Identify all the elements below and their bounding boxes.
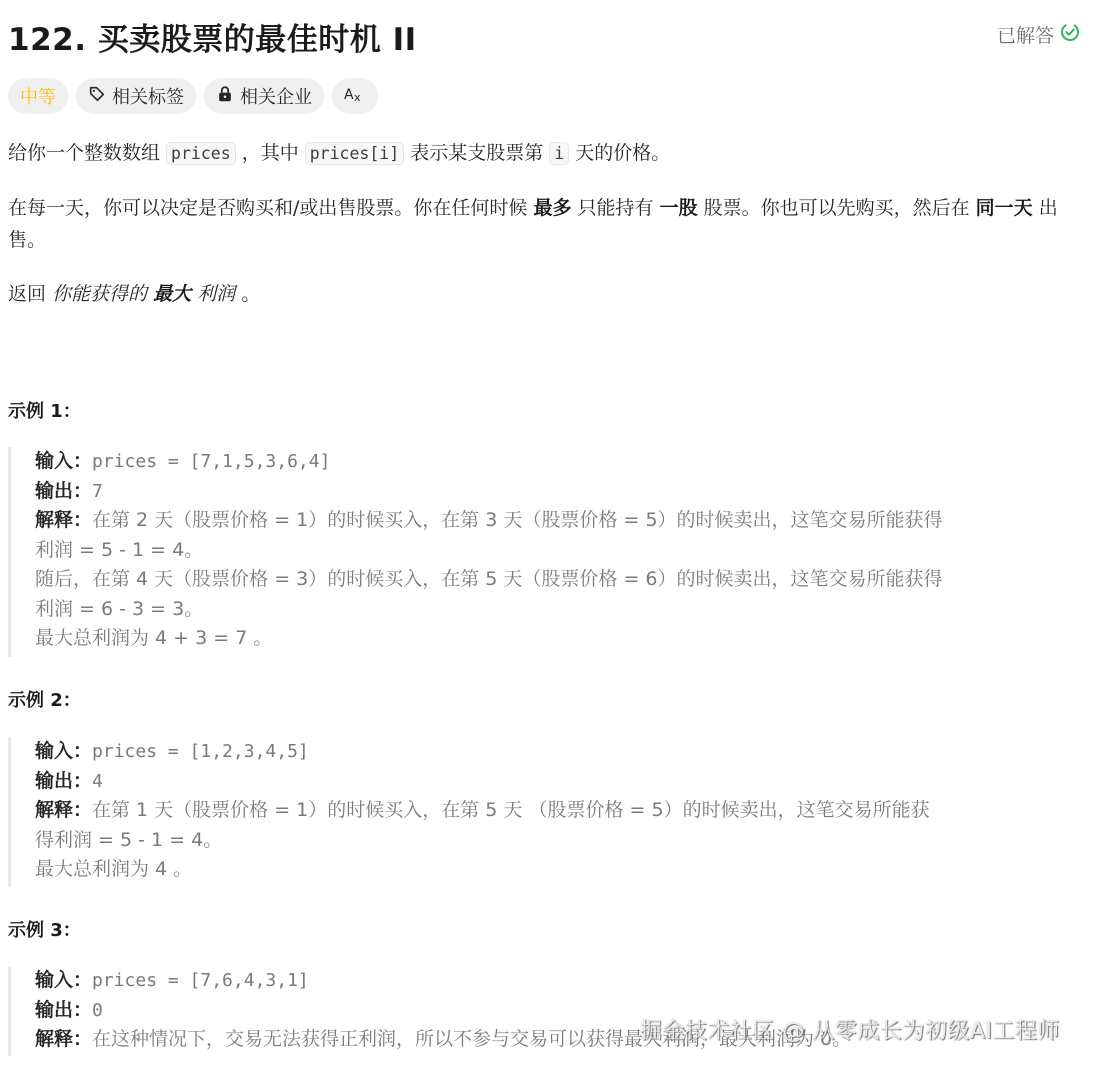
svg-text:A: A xyxy=(344,87,354,103)
example-1-explain-line: 利润 = 5 - 1 = 4。 xyxy=(35,536,1080,566)
translate-icon: Ax xyxy=(344,84,366,109)
example-1-explain-line: 随后，在第 4 天（股票价格 = 3）的时候买入，在第 5 天（股票价格 = 6… xyxy=(35,565,1080,595)
code-i: i xyxy=(549,142,569,165)
example-3-output: 0 xyxy=(92,1000,103,1021)
related-companies-button[interactable]: 相关企业 xyxy=(204,78,324,114)
tag-bar: 中等 相关标签 相关企业 Ax xyxy=(8,78,378,114)
related-companies-label: 相关企业 xyxy=(240,83,312,109)
example-1-output: 7 xyxy=(92,481,103,502)
translate-button[interactable]: Ax xyxy=(332,78,378,114)
tag-icon xyxy=(88,85,106,108)
code-prices-i: prices[i] xyxy=(305,142,404,165)
lock-icon xyxy=(216,85,234,108)
solved-label: 已解答 xyxy=(997,21,1054,48)
example-2-output: 4 xyxy=(92,771,103,792)
example-1-box: 输入：prices = [7,1,5,3,6,4] 输出：7 解释：在第 2 天… xyxy=(8,447,1080,657)
example-3-title: 示例 3： xyxy=(8,916,81,942)
example-1-explain-line: 利润 = 6 - 3 = 3。 xyxy=(35,595,1080,625)
example-1-title: 示例 1： xyxy=(8,397,81,423)
description-paragraph-3: 返回 你能获得的 最大 利润 。 xyxy=(8,278,1080,310)
problem-name: 买卖股票的最佳时机 II xyxy=(98,22,417,58)
example-2-explain-line: 最大总利润为 4 。 xyxy=(35,855,1080,885)
example-2-title: 示例 2： xyxy=(8,686,81,712)
related-tags-button[interactable]: 相关标签 xyxy=(76,78,196,114)
difficulty-label: 中等 xyxy=(20,83,56,109)
problem-number: 122. xyxy=(8,22,87,58)
problem-header: 122. 买卖股票的最佳时机 II 已解答 xyxy=(8,12,1080,60)
example-1-explain-line: 在第 2 天（股票价格 = 1）的时候买入，在第 3 天（股票价格 = 5）的时… xyxy=(92,509,943,531)
example-1-explain-line: 最大总利润为 4 + 3 = 7 。 xyxy=(35,624,1080,654)
related-tags-label: 相关标签 xyxy=(112,83,184,109)
example-2-explain-line: 在第 1 天（股票价格 = 1）的时候买入，在第 5 天 （股票价格 = 5）的… xyxy=(92,799,930,821)
example-1-input: prices = [7,1,5,3,6,4] xyxy=(92,451,330,472)
description-paragraph-2: 在每一天，你可以决定是否购买和/或出售股票。你在任何时候 最多 只能持有 一股 … xyxy=(8,192,1072,256)
problem-title: 122. 买卖股票的最佳时机 II xyxy=(8,14,417,59)
check-circle-icon xyxy=(1060,22,1080,47)
solved-status[interactable]: 已解答 xyxy=(997,21,1080,48)
problem-description: 给你一个整数数组 prices ，其中 prices[i] 表示某支股票第 i … xyxy=(8,137,1080,332)
description-paragraph-1: 给你一个整数数组 prices ，其中 prices[i] 表示某支股票第 i … xyxy=(8,137,1080,170)
example-3-input: prices = [7,6,4,3,1] xyxy=(92,970,309,991)
example-2-input: prices = [1,2,3,4,5] xyxy=(92,741,309,762)
example-2-explain-line: 得利润 = 5 - 1 = 4。 xyxy=(35,826,1080,856)
svg-text:x: x xyxy=(354,91,361,104)
difficulty-badge[interactable]: 中等 xyxy=(8,78,68,114)
watermark: 掘金技术社区 @ 从零成长为初级AI工程师 xyxy=(640,1014,1060,1045)
example-2-box: 输入：prices = [1,2,3,4,5] 输出：4 解释：在第 1 天（股… xyxy=(8,737,1080,887)
code-prices: prices xyxy=(166,142,236,165)
